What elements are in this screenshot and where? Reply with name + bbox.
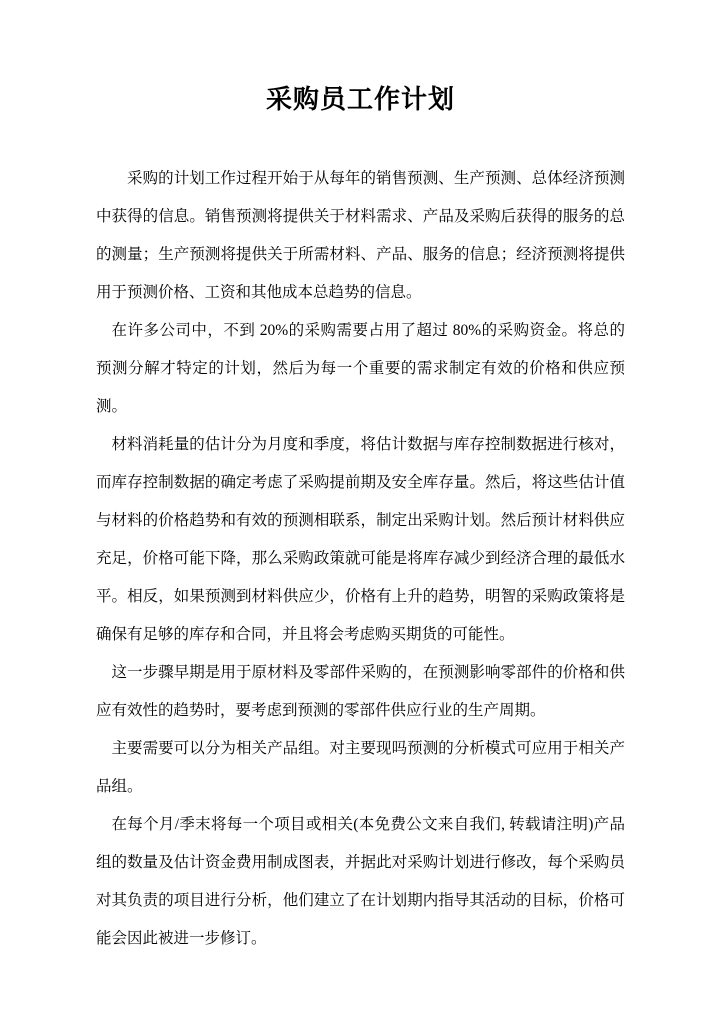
paragraph: 这一步骤早期是用于原材料及零部件采购的，在预测影响零部件的价格和供应有效性的趋势…	[96, 654, 625, 730]
document-body: 采购的计划工作过程开始于从每年的销售预测、生产预测、总体经济预测中获得的信息。销…	[96, 160, 625, 958]
paragraph: 在许多公司中，不到 20%的采购需要占用了超过 80%的采购资金。将总的预测分解…	[96, 312, 625, 426]
page-title: 采购员工作计划	[96, 84, 625, 116]
document-page: 采购员工作计划 采购的计划工作过程开始于从每年的销售预测、生产预测、总体经济预测…	[0, 0, 721, 1020]
paragraph: 主要需要可以分为相关产品组。对主要现吗预测的分析模式可应用于相关产品组。	[96, 730, 625, 806]
paragraph: 材料消耗量的估计分为月度和季度，将估计数据与库存控制数据进行核对，而库存控制数据…	[96, 426, 625, 654]
paragraph: 采购的计划工作过程开始于从每年的销售预测、生产预测、总体经济预测中获得的信息。销…	[96, 160, 625, 312]
paragraph: 在每个月/季末将每一个项目或相关(本免费公文来自我们, 转载请注明)产品组的数量…	[96, 806, 625, 958]
